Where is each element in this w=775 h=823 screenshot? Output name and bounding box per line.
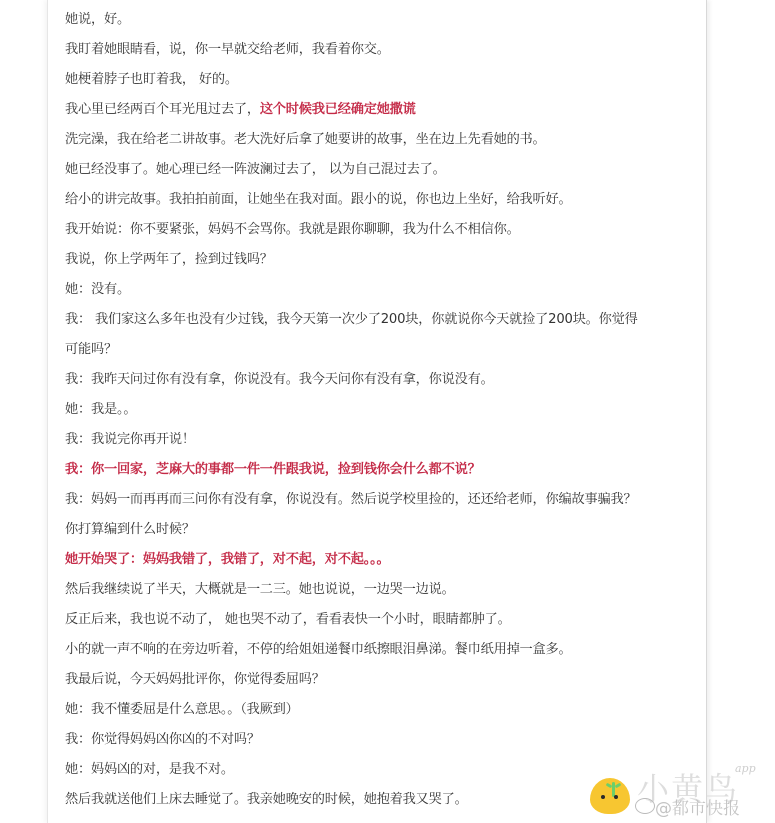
paragraph-text: 小的就一声不响的在旁边听着，不停的给姐姐递餐巾纸擦眼泪鼻涕。餐巾纸用掉一盒多。 <box>65 642 572 657</box>
paragraph-text: 我说，你上学两年了，捡到过钱吗？ <box>65 252 273 267</box>
paragraph-text: 我：你觉得妈妈凶你凶的不对吗？ <box>65 732 260 747</box>
watermark-account: @都市快报 <box>655 794 740 819</box>
paragraph-text: 她说，好。 <box>65 12 130 27</box>
mascot-eye-icon <box>601 795 605 799</box>
paragraph: 她：我是。。 <box>65 398 690 428</box>
paragraph: 反正后来，我也说不动了， 她也哭不动了，看看表快一个小时，眼睛都肿了。 <box>65 608 690 638</box>
paragraph-text: 你打算编到什么时候？ <box>65 522 195 537</box>
paragraph-text: 可能吗？ <box>65 342 117 357</box>
watermark-app-tag: app <box>735 762 756 775</box>
page: 她说，好。 我盯着她眼睛看，说，你一早就交给老师，我看着你交。 她梗着脖子也盯着… <box>0 0 775 823</box>
paragraph: 我：我昨天问过你有没有拿，你说没有。我今天问你有没有拿，你说没有。 <box>65 368 690 398</box>
yellow-bird-mascot-icon <box>590 778 630 814</box>
paragraph-text: 她梗着脖子也盯着我， 好的。 <box>65 72 238 87</box>
paragraph-text: 我：你一回家，芝麻大的事都一件一件跟我说，捡到钱你会什么都不说？ <box>65 462 481 477</box>
paragraph: 她说，好。 <box>65 8 690 38</box>
paragraph-text: 我：我说完你再开说！ <box>65 432 195 447</box>
paragraph: 洗完澡，我在给老二讲故事。老大洗好后拿了她要讲的故事，坐在边上先看她的书。 <box>65 128 690 158</box>
paragraph-text: 她：我是。。 <box>65 402 136 417</box>
paragraph: 然后我继续说了半天，大概就是一二三。她也说说，一边哭一边说。 <box>65 578 690 608</box>
paragraph: 我开始说：你不要紧张，妈妈不会骂你。我就是跟你聊聊，我为什么不相信你。 <box>65 218 690 248</box>
paragraph: 她：没有。 <box>65 278 690 308</box>
paragraph: 我：我说完你再开说！ <box>65 428 690 458</box>
article-panel: 她说，好。 我盯着她眼睛看，说，你一早就交给老师，我看着你交。 她梗着脖子也盯着… <box>47 0 707 823</box>
weibo-logo-icon <box>635 798 655 814</box>
paragraph: 她：我不懂委屈是什么意思。。（我厥到） <box>65 698 690 728</box>
paragraph-text: 给小的讲完故事。我拍拍前面，让她坐在我对面。跟小的说，你也边上坐好，给我听好。 <box>65 192 572 207</box>
paragraph-text: 然后我继续说了半天，大概就是一二三。她也说说，一边哭一边说。 <box>65 582 455 597</box>
paragraph-text: 然后我就送他们上床去睡觉了。我亲她晚安的时候，她抱着我又哭了。 <box>65 792 468 807</box>
paragraph: 她梗着脖子也盯着我， 好的。 <box>65 68 690 98</box>
paragraph-text: 她：我不懂委屈是什么意思。。（我厥到） <box>65 702 299 717</box>
paragraph: 可能吗？ <box>65 338 690 368</box>
paragraph: 我盯着她眼睛看，说，你一早就交给老师，我看着你交。 <box>65 38 690 68</box>
watermark: 小黄鸟 app @都市快报 <box>585 760 775 820</box>
paragraph-text: 我开始说：你不要紧张，妈妈不会骂你。我就是跟你聊聊，我为什么不相信你。 <box>65 222 520 237</box>
paragraph: 小的就一声不响的在旁边听着，不停的给姐姐递餐巾纸擦眼泪鼻涕。餐巾纸用掉一盒多。 <box>65 638 690 668</box>
paragraph: 给小的讲完故事。我拍拍前面，让她坐在我对面。跟小的说，你也边上坐好，给我听好。 <box>65 188 690 218</box>
paragraph-text: 我盯着她眼睛看，说，你一早就交给老师，我看着你交。 <box>65 42 390 57</box>
highlighted-text: 这个时候我已经确定她撒谎 <box>260 102 416 117</box>
paragraph: 她已经没事了。她心理已经一阵波澜过去了， 以为自己混过去了。 <box>65 158 690 188</box>
paragraph-emphasis: 她开始哭了：妈妈我错了，我错了，对不起，对不起。。。 <box>65 548 690 578</box>
paragraph-text: 我：妈妈一而再再而三问你有没有拿，你说没有。然后说学校里捡的，还还给老师，你编故… <box>65 492 636 507</box>
paragraph-text: 反正后来，我也说不动了， 她也哭不动了，看看表快一个小时，眼睛都肿了。 <box>65 612 511 627</box>
paragraph-text: 洗完澡，我在给老二讲故事。老大洗好后拿了她要讲的故事，坐在边上先看她的书。 <box>65 132 546 147</box>
paragraph: 我说，你上学两年了，捡到过钱吗？ <box>65 248 690 278</box>
paragraph: 我：妈妈一而再再而三问你有没有拿，你说没有。然后说学校里捡的，还还给老师，你编故… <box>65 488 690 518</box>
paragraph-text: 她已经没事了。她心理已经一阵波澜过去了， 以为自己混过去了。 <box>65 162 446 177</box>
paragraph-text: 我： 我们家这么多年也没有少过钱，我今天第一次少了200块，你就说你今天就捡了2… <box>65 312 638 327</box>
paragraph: 你打算编到什么时候？ <box>65 518 690 548</box>
paragraph-text: 她开始哭了：妈妈我错了，我错了，对不起，对不起。。。 <box>65 552 389 567</box>
paragraph-text: 她：妈妈凶的对，是我不对。 <box>65 762 234 777</box>
paragraph-text: 她：没有。 <box>65 282 130 297</box>
paragraph-text: 我最后说，今天妈妈批评你，你觉得委屈吗？ <box>65 672 325 687</box>
paragraph-emphasis: 我：你一回家，芝麻大的事都一件一件跟我说，捡到钱你会什么都不说？ <box>65 458 690 488</box>
paragraph: 我：你觉得妈妈凶你凶的不对吗？ <box>65 728 690 758</box>
article-body: 她说，好。 我盯着她眼睛看，说，你一早就交给老师，我看着你交。 她梗着脖子也盯着… <box>65 8 690 818</box>
paragraph: 我： 我们家这么多年也没有少过钱，我今天第一次少了200块，你就说你今天就捡了2… <box>65 308 690 338</box>
paragraph: 我最后说，今天妈妈批评你，你觉得委屈吗？ <box>65 668 690 698</box>
paragraph-text: 我：我昨天问过你有没有拿，你说没有。我今天问你有没有拿，你说没有。 <box>65 372 494 387</box>
paragraph: 我心里已经两百个耳光甩过去了，这个时候我已经确定她撒谎 <box>65 98 690 128</box>
paragraph-text: 我心里已经两百个耳光甩过去了， <box>65 102 260 117</box>
mascot-eye-icon <box>614 795 618 799</box>
